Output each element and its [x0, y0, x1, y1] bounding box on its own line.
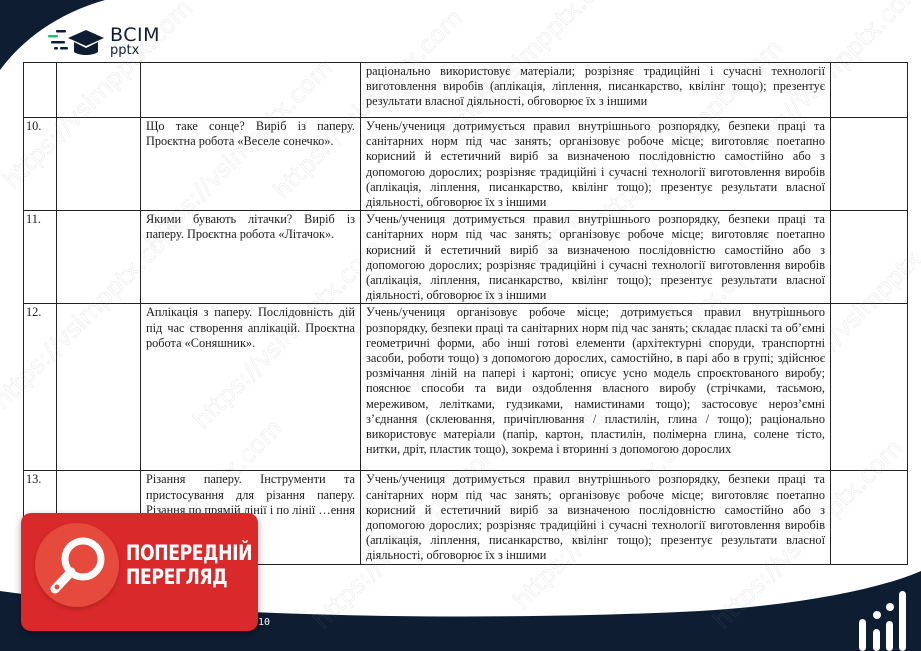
row-note	[831, 211, 908, 304]
table-row: 10. Що таке сонце? Виріб із паперу. Проє…	[24, 118, 908, 211]
preview-badge-line2: ПЕРЕГЛЯД	[126, 565, 252, 589]
preview-badge-line1: ПОПЕРЕДНІЙ	[126, 541, 252, 565]
row-date	[57, 118, 141, 211]
row-result: раціонально використовує матеріали; розр…	[361, 63, 831, 118]
row-number: 10.	[24, 118, 57, 211]
row-result: Учень/учениця дотримується правил внутрі…	[361, 471, 831, 564]
row-number: 11.	[24, 211, 57, 304]
row-topic: Якими бувають літачки? Виріб із паперу. …	[141, 211, 361, 304]
row-topic: Що таке сонце? Виріб із паперу. Проєктна…	[141, 118, 361, 211]
row-number	[24, 63, 57, 118]
lesson-plan-table: раціонально використовує матеріали; розр…	[23, 62, 908, 565]
graduation-cap-icon	[48, 28, 104, 56]
row-result: Учень/учениця організовує робоче місце; …	[361, 304, 831, 471]
bars-logo-icon	[855, 589, 915, 651]
table-row: 12. Аплікація з паперу. Послідовність ді…	[24, 304, 908, 471]
row-result: Учень/учениця дотримується правил внутрі…	[361, 118, 831, 211]
row-date	[57, 63, 141, 118]
magnifier-icon	[35, 523, 119, 607]
row-number: 12.	[24, 304, 57, 471]
row-note	[831, 471, 908, 564]
row-note	[831, 304, 908, 471]
row-date	[57, 211, 141, 304]
row-topic: Аплікація з паперу. Послідовність дій пі…	[141, 304, 361, 471]
row-note	[831, 118, 908, 211]
logo-subtitle: pptx	[110, 44, 160, 57]
brand-logo: BCIM pptx	[48, 26, 160, 57]
table-row: раціонально використовує матеріали; розр…	[24, 63, 908, 118]
row-date	[57, 304, 141, 471]
row-topic	[141, 63, 361, 118]
row-note	[831, 63, 908, 118]
preview-badge[interactable]: ПОПЕРЕДНІЙ ПЕРЕГЛЯД	[21, 513, 258, 631]
table-row: 11. Якими бувають літачки? Виріб із папе…	[24, 211, 908, 304]
row-result: Учень/учениця дотримується правил внутрі…	[361, 211, 831, 304]
